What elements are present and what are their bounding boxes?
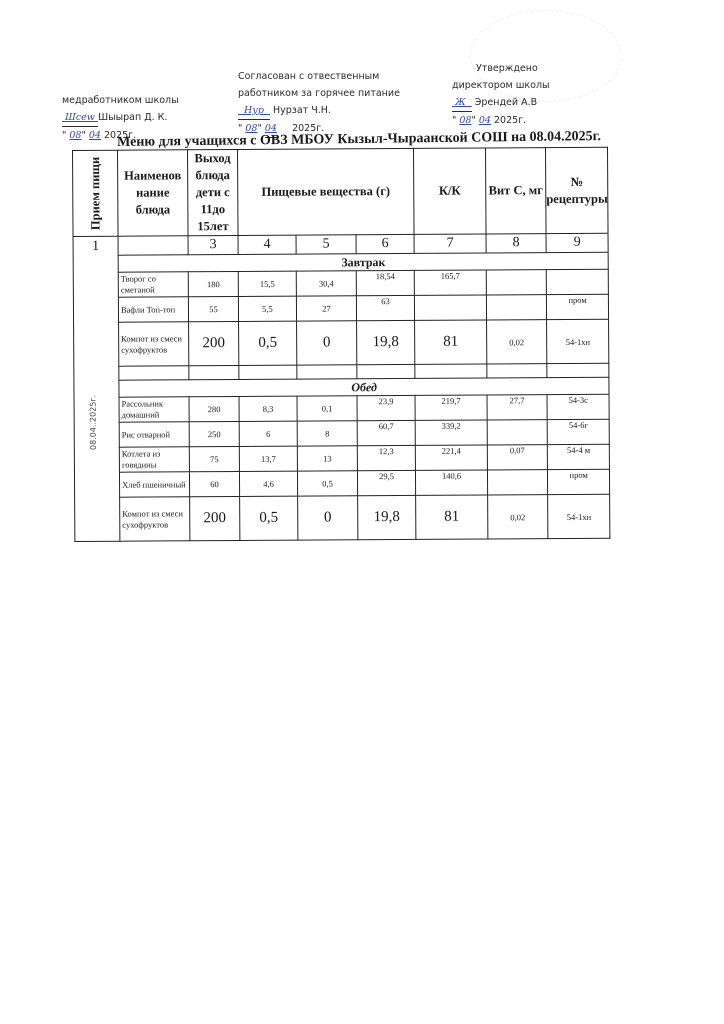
cell-yield: 55: [188, 296, 238, 321]
cell-c: 60,7: [357, 420, 415, 445]
cell-c: [357, 364, 415, 378]
table-row: Компот из смеси сухофруктов2000,5019,881…: [74, 319, 610, 366]
director-approval-line1: Утверждено: [452, 60, 550, 77]
medic-signature-name: Шыырап Д. К.: [98, 112, 167, 123]
menu-table: Прием пищи Наименов нание блюда Выход бл…: [72, 147, 611, 542]
cell-recipe: 54-6г: [547, 419, 610, 444]
cell-p: 0,5: [240, 496, 298, 540]
director-date-month: 04: [479, 115, 491, 126]
cell-p: 13,7: [239, 446, 297, 471]
director-approval-line2: директором школы: [452, 77, 550, 94]
cell-yield: 180: [188, 271, 238, 296]
header-row: Прием пищи Наименов нание блюда Выход бл…: [73, 147, 609, 236]
cell-c: 18,54: [356, 270, 414, 295]
header-kk: К/К: [413, 148, 486, 234]
cell-vitc: 0,07: [487, 445, 547, 470]
table-row: Творог со сметаной18015,530,418,54165,7: [73, 269, 609, 297]
dish-name: [119, 366, 189, 380]
dish-name: Компот из смеси сухофруктов: [120, 497, 190, 541]
dish-name: Компот из смеси сухофруктов: [119, 322, 189, 366]
cell-p: 4,6: [239, 471, 297, 496]
cell-vitc: [487, 420, 547, 445]
medic-date-month: 04: [89, 130, 101, 141]
cell-kk: 221,4: [415, 445, 487, 470]
cell-vitc: [486, 295, 546, 320]
cell-vitc: [486, 270, 546, 295]
table-row: Рис отварной2506860,7339,254-6г: [74, 419, 610, 447]
cell-p: 5,5: [238, 296, 296, 321]
cell-yield: 200: [190, 496, 240, 540]
date-label: 08.04..2025г.: [88, 395, 97, 450]
cell-recipe: 54-3с: [547, 394, 610, 419]
cell-kk: 219,7: [415, 395, 487, 420]
cell-f: 0,1: [297, 396, 357, 421]
header-nutrients: Пищевые вещества (г): [237, 148, 414, 235]
header-recipe: № рецептуры: [545, 147, 608, 233]
director-date-day: 08: [459, 115, 471, 126]
cell-recipe: 54-1хн: [547, 319, 610, 363]
header-meal: Прием пищи: [73, 150, 119, 236]
column-number: 4: [238, 235, 296, 254]
cell-kk: 140,6: [415, 470, 487, 495]
cell-recipe: пром: [546, 294, 609, 319]
cell-vitc: 27,7: [487, 395, 547, 420]
column-number: [118, 236, 188, 255]
cell-p: 0,5: [239, 321, 297, 365]
medic-date-day: 08: [69, 130, 81, 141]
food-signature-mark: Нур: [238, 102, 270, 120]
column-number: 6: [356, 234, 414, 253]
cell-p: [239, 365, 297, 379]
medic-approval-role: медработником школы: [62, 92, 179, 109]
cell-vitc: 0,02: [487, 320, 547, 364]
cell-kk: 81: [415, 320, 487, 364]
table-row: Рассольник домашний2808,30,123,9219,727,…: [74, 394, 610, 422]
column-number: 9: [546, 233, 609, 252]
food-signature-name: Нурзат Ч.Н.: [273, 105, 331, 116]
day-number: 1: [74, 239, 118, 255]
cell-c: 29,5: [357, 470, 415, 495]
dish-name: Хлеб пшеничный: [119, 472, 189, 497]
cell-vitc: [487, 470, 547, 495]
cell-kk: 165,7: [414, 270, 486, 295]
cell-f: 0,5: [297, 471, 357, 496]
cell-vitc: [487, 364, 547, 378]
food-approval: Согласован с отвественным работником за …: [238, 68, 400, 138]
header-dish: Наименов нание блюда: [118, 150, 189, 236]
director-signature-mark: Ж: [452, 94, 472, 112]
cell-vitc: 0,02: [488, 495, 548, 539]
cell-kk: [414, 295, 486, 320]
cell-recipe: пром: [547, 469, 610, 494]
column-number: 7: [414, 234, 486, 253]
table-row: Вафли Топ-топ555,52763пром: [73, 294, 609, 322]
cell-f: 27: [296, 296, 356, 321]
table-row: Компот из смеси сухофруктов2000,5019,881…: [75, 494, 611, 541]
cell-kk: 81: [416, 495, 488, 539]
cell-f: 0: [298, 496, 358, 540]
cell-recipe: [546, 269, 609, 294]
cell-c: 12,3: [357, 445, 415, 470]
menu-table-wrap: Прием пищи Наименов нание блюда Выход бл…: [72, 147, 611, 542]
cell-yield: 200: [189, 321, 239, 365]
director-signature-name: Эрендей А.В: [475, 97, 537, 108]
director-approval: Утверждено директором школы Ж Эрендей А.…: [452, 60, 550, 129]
cell-recipe: 54-1хн: [548, 494, 611, 538]
column-number: 5: [296, 235, 356, 254]
dish-name: Котлета из говядины: [119, 447, 189, 472]
cell-yield: 250: [189, 421, 239, 446]
meal-day-cell: 108.04..2025г.: [73, 236, 120, 541]
table-row: Котлета из говядины7513,71312,3221,40,07…: [74, 444, 610, 472]
cell-f: [297, 365, 357, 379]
cell-recipe: 54-4 м: [547, 444, 610, 469]
cell-f: 8: [297, 421, 357, 446]
cell-c: 19,8: [358, 495, 416, 539]
column-number: 3: [188, 235, 238, 254]
cell-yield: 280: [189, 396, 239, 421]
director-date-year: 2025г.: [494, 115, 526, 126]
cell-f: 30,4: [296, 271, 356, 296]
cell-yield: [189, 365, 239, 379]
column-number: 8: [486, 234, 546, 253]
food-approval-line1: Согласован с отвественным: [238, 68, 400, 85]
header-vitc: Вит С, мг: [485, 148, 546, 234]
cell-yield: 60: [189, 471, 239, 496]
cell-f: 13: [297, 446, 357, 471]
cell-recipe: [547, 363, 609, 377]
cell-p: 8,3: [239, 396, 297, 421]
cell-f: 0: [297, 321, 357, 365]
dish-name: Творог со сметаной: [118, 272, 188, 297]
table-row: Хлеб пшеничный604,60,529,5140,6пром: [74, 469, 610, 497]
dish-name: Рассольник домашний: [119, 397, 189, 422]
dish-name: Вафли Топ-топ: [118, 297, 188, 322]
cell-kk: [415, 364, 487, 378]
header-yield: Выход блюда дети с 11до 15лет: [188, 149, 239, 235]
cell-c: 19,8: [357, 320, 415, 364]
cell-yield: 75: [189, 446, 239, 471]
cell-p: 6: [239, 421, 297, 446]
cell-kk: 339,2: [415, 420, 487, 445]
cell-p: 15,5: [238, 271, 296, 296]
food-approval-line2: работником за горячее питание: [238, 85, 400, 102]
medic-signature-mark: Шсеw: [62, 109, 98, 127]
cell-c: 63: [356, 295, 414, 320]
dish-name: Рис отварной: [119, 422, 189, 447]
cell-c: 23,9: [357, 395, 415, 420]
